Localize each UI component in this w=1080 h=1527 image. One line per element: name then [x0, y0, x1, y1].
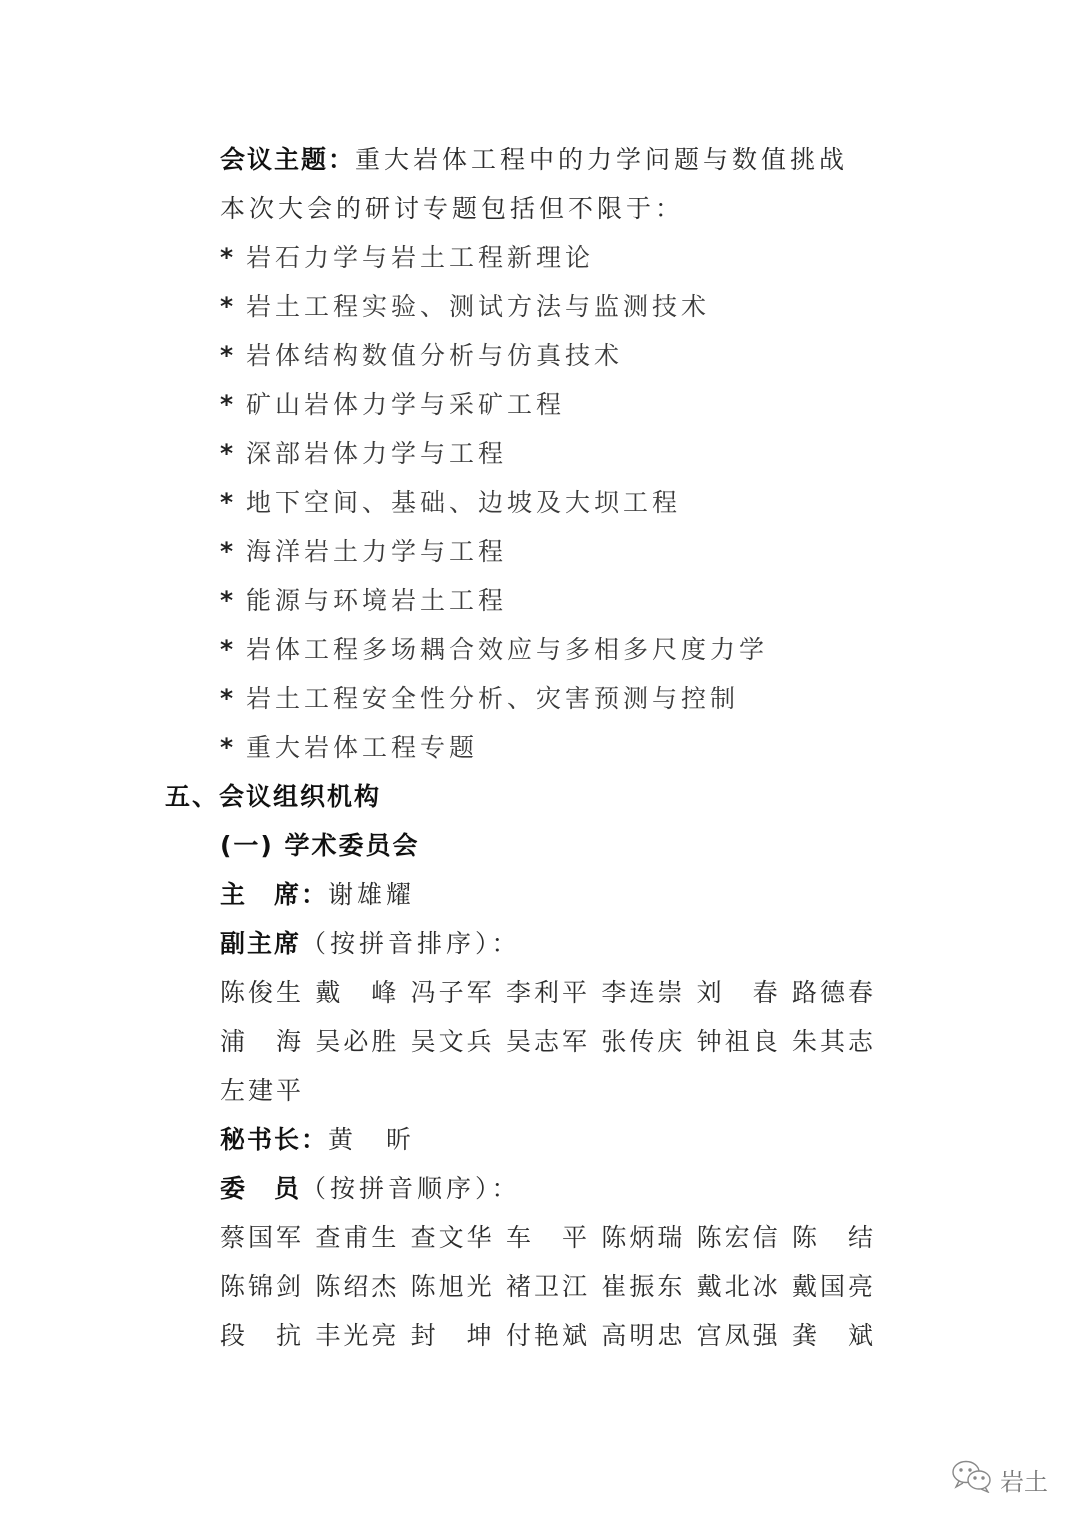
subsection-heading: (一) 学术委员会: [220, 826, 420, 866]
members-label: 委 员: [220, 1174, 301, 1203]
person-name: 陈炳瑞: [601, 1218, 679, 1258]
person-name: 付艳斌: [506, 1316, 584, 1356]
watermark-text: 岩土: [1000, 1462, 1048, 1497]
topics-intro: 本次大会的研讨专题包括但不限于：: [220, 189, 684, 229]
person-name: 吴文兵: [411, 1022, 489, 1062]
secretary-general-line: 秘书长：黄 昕: [220, 1120, 415, 1160]
person-name: 吴志军: [506, 1022, 584, 1062]
person-name: 蔡国军: [220, 1218, 298, 1258]
vice-chairs-row: 浦 海 吴必胜 吴文兵 吴志军 张传庆 钟祖良 朱其志: [220, 1022, 870, 1062]
person-name: 戴国亮: [792, 1267, 870, 1307]
person-name: 钟祖良: [697, 1022, 775, 1062]
chair-line: 主 席：谢雄耀: [220, 875, 415, 915]
topic-item: *岩体工程多场耦合效应与多相多尺度力学: [220, 630, 768, 670]
person-name: 冯子军: [411, 973, 489, 1013]
person-name: 戴北冰: [697, 1267, 775, 1307]
person-name: 车 平: [506, 1218, 584, 1258]
asterisk-bullet-icon: *: [220, 630, 246, 670]
vice-chairs-label: 副主席: [220, 929, 301, 958]
person-name: 丰光亮: [315, 1316, 393, 1356]
person-name: 刘 春: [697, 973, 775, 1013]
members-note: （按拼音顺序）：: [301, 1174, 521, 1203]
person-name: 左建平: [220, 1071, 298, 1111]
topic-item: *岩土工程安全性分析、灾害预测与控制: [220, 679, 739, 719]
wechat-icon: [950, 1459, 994, 1499]
person-name: 陈旭光: [411, 1267, 489, 1307]
asterisk-bullet-icon: *: [220, 385, 246, 425]
asterisk-bullet-icon: *: [220, 581, 246, 621]
chair-label: 主 席：: [220, 880, 328, 909]
person-name: 陈俊生: [220, 973, 298, 1013]
person-name: 陈宏信: [697, 1218, 775, 1258]
asterisk-bullet-icon: *: [220, 336, 246, 376]
topic-item: *矿山岩体力学与采矿工程: [220, 385, 565, 425]
asterisk-bullet-icon: *: [220, 679, 246, 719]
members-row: 蔡国军 查甫生 查文华 车 平 陈炳瑞 陈宏信 陈 结: [220, 1218, 870, 1258]
person-name: 高明忠: [601, 1316, 679, 1356]
person-name: 陈锦剑: [220, 1267, 298, 1307]
topic-item: *岩体结构数值分析与仿真技术: [220, 336, 623, 376]
topic-item: *岩石力学与岩土工程新理论: [220, 238, 594, 278]
secretary-general-name: 黄 昕: [328, 1125, 415, 1154]
theme-value: 重大岩体工程中的力学问题与数值挑战: [355, 145, 848, 174]
vice-chairs-row: 陈俊生 戴 峰 冯子军 李利平 李连崇 刘 春 路德春: [220, 973, 870, 1013]
person-name: 褚卫江: [506, 1267, 584, 1307]
person-name: 段 抗: [220, 1316, 298, 1356]
person-name: 李连崇: [601, 973, 679, 1013]
conference-theme: 会议主题：重大岩体工程中的力学问题与数值挑战: [220, 140, 848, 180]
members-row: 段 抗 丰光亮 封 坤 付艳斌 高明忠 宫凤强 龚 斌: [220, 1316, 870, 1356]
members-row: 陈锦剑 陈绍杰 陈旭光 褚卫江 崔振东 戴北冰 戴国亮: [220, 1267, 870, 1307]
asterisk-bullet-icon: *: [220, 434, 246, 474]
asterisk-bullet-icon: *: [220, 728, 246, 768]
asterisk-bullet-icon: *: [220, 532, 246, 572]
vice-chairs-note: （按拼音排序）：: [301, 929, 521, 958]
secretary-general-label: 秘书长：: [220, 1125, 328, 1154]
person-name: 宫凤强: [697, 1316, 775, 1356]
person-name: 戴 峰: [315, 973, 393, 1013]
asterisk-bullet-icon: *: [220, 238, 246, 278]
person-name: 张传庆: [601, 1022, 679, 1062]
person-name: 吴必胜: [315, 1022, 393, 1062]
vice-chairs-row: 左建平: [220, 1071, 870, 1111]
chair-name: 谢雄耀: [328, 880, 415, 909]
vice-chairs-heading: 副主席（按拼音排序）：: [220, 924, 521, 964]
person-name: 查甫生: [315, 1218, 393, 1258]
person-name: 浦 海: [220, 1022, 298, 1062]
theme-label: 会议主题：: [220, 145, 355, 174]
person-name: 陈 结: [792, 1218, 870, 1258]
topic-item: *海洋岩土力学与工程: [220, 532, 507, 572]
topic-item: *能源与环境岩土工程: [220, 581, 507, 621]
topic-item: *深部岩体力学与工程: [220, 434, 507, 474]
topic-item: *地下空间、基础、边坡及大坝工程: [220, 483, 681, 523]
person-name: 崔振东: [601, 1267, 679, 1307]
wechat-watermark: 岩土: [950, 1462, 1048, 1496]
person-name: 李利平: [506, 973, 584, 1013]
person-name: 陈绍杰: [315, 1267, 393, 1307]
asterisk-bullet-icon: *: [220, 483, 246, 523]
members-heading: 委 员（按拼音顺序）：: [220, 1169, 521, 1209]
topic-item: *岩土工程实验、测试方法与监测技术: [220, 287, 710, 327]
person-name: 查文华: [411, 1218, 489, 1258]
topic-item: *重大岩体工程专题: [220, 728, 478, 768]
person-name: 封 坤: [411, 1316, 489, 1356]
person-name: 路德春: [792, 973, 870, 1013]
asterisk-bullet-icon: *: [220, 287, 246, 327]
person-name: 朱其志: [792, 1022, 870, 1062]
section-heading: 五、会议组织机构: [165, 777, 381, 817]
person-name: 龚 斌: [792, 1316, 870, 1356]
